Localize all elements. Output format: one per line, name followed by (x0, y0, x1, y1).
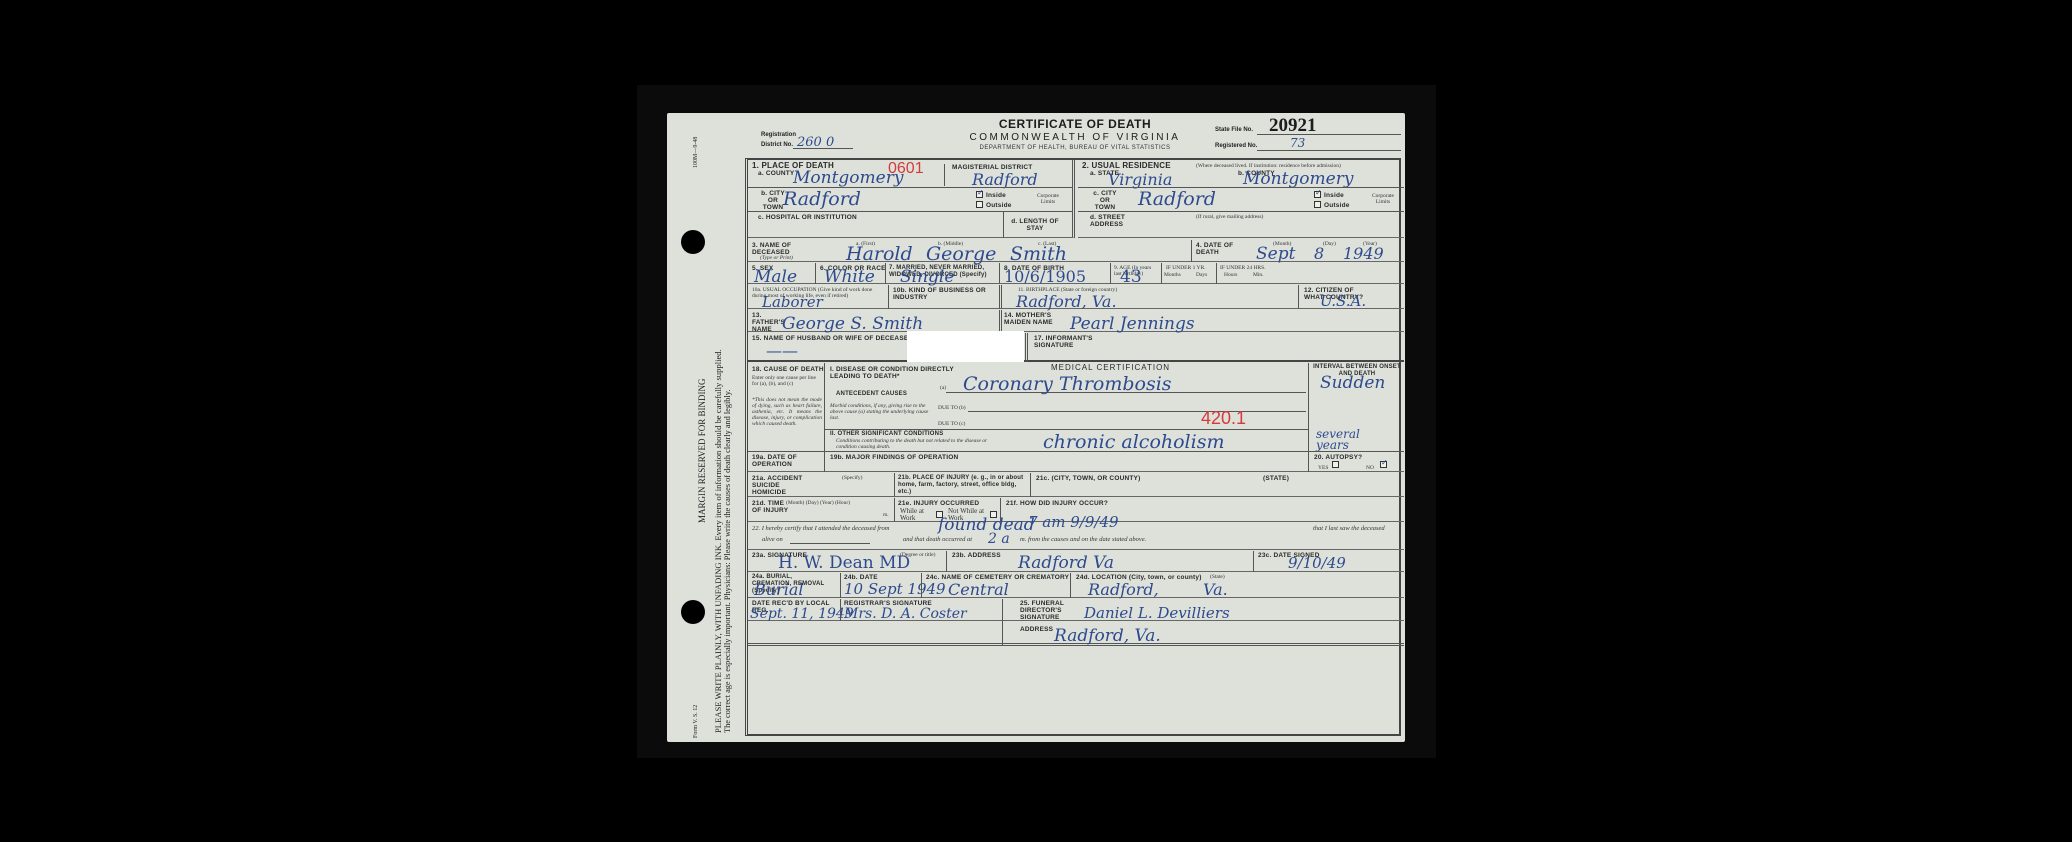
vital-facts-row: 5. SEX Male 6. COLOR OR RACE White 7. MA… (748, 263, 1404, 284)
director-address-row: ADDRESS Radford, Va. (748, 622, 1404, 646)
spouse-informant-row: 15. NAME OF HUSBAND OR WIFE OF DECEASED … (748, 333, 1404, 362)
physician-signature: H. W. Dean MD (778, 553, 910, 573)
form-number: Form V. S. 12 (693, 705, 699, 738)
race: White (824, 267, 875, 287)
date-signed: 9/10/49 (1288, 554, 1346, 572)
burial-type: Burial (754, 580, 803, 599)
interval-a: Sudden (1320, 373, 1385, 393)
burial-row: 24a. BURIAL, CREMATION, REMOVAL (Specify… (748, 573, 1404, 598)
redaction-box (907, 331, 1024, 362)
death-county: Montgomery (793, 168, 903, 188)
residence-county: Montgomery (1243, 169, 1353, 189)
residence-inside-checkbox[interactable]: ✓ (1314, 191, 1321, 198)
marital-status: Single (900, 267, 954, 287)
instruction-line-1: PLEASE WRITE PLAINLY, WITH UNFADING INK.… (713, 349, 723, 733)
certificate-form: 1. PLACE OF DEATH a. COUNTY Montgomery 0… (745, 158, 1401, 736)
deceased-middle-name: George (926, 243, 996, 265)
place-of-death-section: 1. PLACE OF DEATH a. COUNTY Montgomery 0… (748, 160, 1075, 238)
burial-date: 10 Sept 1949 (844, 580, 946, 598)
outside-limits-checkbox[interactable] (976, 201, 983, 208)
death-day: 8 (1314, 244, 1324, 263)
registrar-row: DATE REC'D BY LOCAL REG. Sept. 11, 1949 … (748, 599, 1404, 621)
usual-residence-section: 2. USUAL RESIDENCE (Where deceased lived… (1078, 160, 1404, 238)
punch-hole (681, 230, 705, 254)
death-year: 1949 (1343, 244, 1384, 263)
attended-from: found dead (938, 515, 1035, 535)
attending-certification: 22. I hereby certify that I attended the… (748, 523, 1404, 550)
sex: Male (754, 267, 797, 287)
registered-label: Registered No. (1215, 143, 1257, 149)
state-file-number: 20921 (1269, 115, 1317, 137)
age: 43 (1120, 267, 1142, 287)
spouse-name: —— (766, 341, 798, 360)
date-of-birth: 10/6/1905 (1004, 267, 1086, 286)
deceased-first-name: Harold (846, 243, 913, 265)
binding-margin: Form V. S. 12 100M—9-48 MARGIN RESERVED … (667, 113, 745, 742)
death-time: 2 a (988, 531, 1010, 547)
death-month: Sept (1256, 244, 1295, 264)
registrar-signature: Mrs. D. A. Coster (844, 606, 967, 622)
name-row: 3. NAME OF DECEASED (Type or Print) a. (… (748, 240, 1404, 262)
cause-a: Coronary Thrombosis (963, 373, 1172, 395)
accident-row: 21a. ACCIDENT SUICIDE HOMICIDE (Specify)… (748, 473, 1404, 497)
burial-location: Radford, (1088, 580, 1159, 599)
occupation: Laborer (762, 293, 823, 311)
county-code: 0601 (888, 160, 924, 178)
citizenship: U.S.A. (1320, 292, 1366, 310)
physician-address: Radford Va (1018, 553, 1114, 573)
registered-number: 73 (1290, 136, 1305, 150)
parents-row: 13. FATHER'S NAME George S. Smith 14. MO… (748, 310, 1404, 332)
binding-note: MARGIN RESERVED FOR BINDING (697, 378, 707, 523)
occupation-row: 10a. USUAL OCCUPATION (Give kind of work… (748, 285, 1404, 309)
state-file-label: State File No. (1215, 127, 1253, 133)
punch-hole (681, 600, 705, 624)
inside-limits-checkbox[interactable]: ✓ (976, 191, 983, 198)
icd-code: 420.1 (1201, 408, 1246, 429)
residence-outside-checkbox[interactable] (1314, 201, 1321, 208)
time-found: 7 am 9/9/49 (1028, 513, 1119, 531)
other-conditions: chronic alcoholism (1043, 431, 1224, 453)
autopsy-no-checkbox[interactable]: ✓ (1380, 461, 1387, 468)
residence-city: Radford (1138, 188, 1216, 210)
date-received: Sept. 11, 1949 (750, 606, 854, 622)
burial-state: Va. (1203, 580, 1228, 599)
funeral-director-address: Radford, Va. (1054, 626, 1161, 646)
mother-maiden-name: Pearl Jennings (1070, 314, 1195, 334)
other-interval: several years (1316, 429, 1396, 451)
birthplace: Radford, Va. (1016, 292, 1117, 311)
cemetery-name: Central (948, 580, 1009, 599)
funeral-director-signature: Daniel L. Devilliers (1084, 604, 1230, 622)
death-certificate: Form V. S. 12 100M—9-48 MARGIN RESERVED … (667, 113, 1405, 742)
father-name: George S. Smith (782, 314, 923, 334)
medical-heading: MEDICAL CERTIFICATION (1051, 364, 1170, 371)
instruction-line-2: The correct age is especially important.… (723, 390, 732, 733)
certificate-header: Registration District No. 260 0 CERTIFIC… (745, 113, 1405, 159)
physician-signature-row: 23a. SIGNATURE (Degree or title) H. W. D… (748, 551, 1404, 572)
autopsy-yes-checkbox[interactable] (1332, 461, 1339, 468)
death-city: Radford (783, 188, 861, 210)
deceased-last-name: Smith (1010, 243, 1067, 265)
medical-certification-section: 18. CAUSE OF DEATH Enter only one cause … (748, 363, 1404, 472)
print-code: 100M—9-48 (693, 137, 699, 168)
